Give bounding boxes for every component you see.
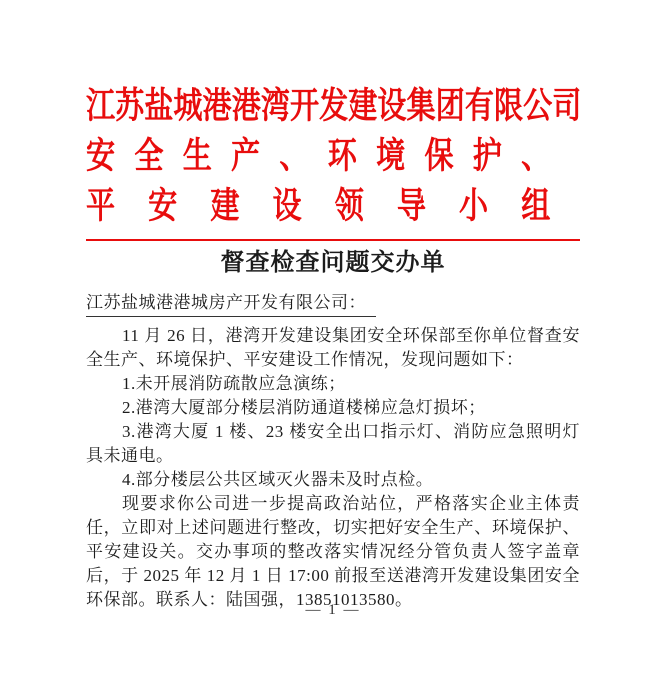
document-page: 江苏盐城港港湾开发建设集团有限公司 安全生产、环境保护、 平安建设领导小组 督查… bbox=[0, 0, 658, 674]
body-line: 平安建设关。交办事项的整改落实情况经分管负责人签字盖章 bbox=[86, 540, 580, 564]
letterhead-line-1: 江苏盐城港港湾开发建设集团有限公司 bbox=[86, 80, 580, 130]
letterhead-line-3: 平安建设领导小组 bbox=[86, 180, 580, 230]
document-title: 督查检查问题交办单 bbox=[86, 248, 580, 278]
red-divider-line bbox=[86, 239, 580, 241]
body-line: 具未通电。 bbox=[86, 444, 580, 468]
letterhead-line-2-text: 安全生产、环境保护、 bbox=[86, 137, 550, 173]
body-line: 后，于 2025 年 12 月 1 日 17:00 前报至送港湾开发建设集团安全 bbox=[86, 564, 580, 588]
body-line: 3.港湾大厦 1 楼、23 楼安全出口指示灯、消防应急照明灯 bbox=[86, 420, 580, 444]
page-number: — 1 — bbox=[86, 602, 580, 619]
body-line: 任，立即对上述问题进行整改，切实把好安全生产、环境保护、 bbox=[86, 516, 580, 540]
letterhead-line-2: 安全生产、环境保护、 bbox=[86, 130, 580, 180]
salutation-row: 江苏盐城港港城房产开发有限公司： bbox=[86, 292, 580, 317]
body-line: 1.未开展消防疏散应急演练； bbox=[86, 372, 580, 396]
letterhead-line-1-text: 江苏盐城港港湾开发建设集团有限公司 bbox=[86, 87, 580, 123]
letterhead-line-3-text: 平安建设领导小组 bbox=[86, 187, 550, 223]
body-line: 全生产、环境保护、平安建设工作情况，发现问题如下： bbox=[86, 348, 580, 372]
body-line: 4.部分楼层公共区域灭火器未及时点检。 bbox=[86, 468, 580, 492]
body-line: 2.港湾大厦部分楼层消防通道楼梯应急灯损坏； bbox=[86, 396, 580, 420]
letterhead: 江苏盐城港港湾开发建设集团有限公司 安全生产、环境保护、 平安建设领导小组 bbox=[86, 80, 580, 230]
salutation: 江苏盐城港港城房产开发有限公司： bbox=[86, 292, 376, 317]
body-line: 现要求你公司进一步提高政治站位，严格落实企业主体责 bbox=[86, 492, 580, 516]
body-text: 11 月 26 日，港湾开发建设集团安全环保部至你单位督查安 全生产、环境保护、… bbox=[86, 324, 580, 612]
body-line: 11 月 26 日，港湾开发建设集团安全环保部至你单位督查安 bbox=[86, 324, 580, 348]
